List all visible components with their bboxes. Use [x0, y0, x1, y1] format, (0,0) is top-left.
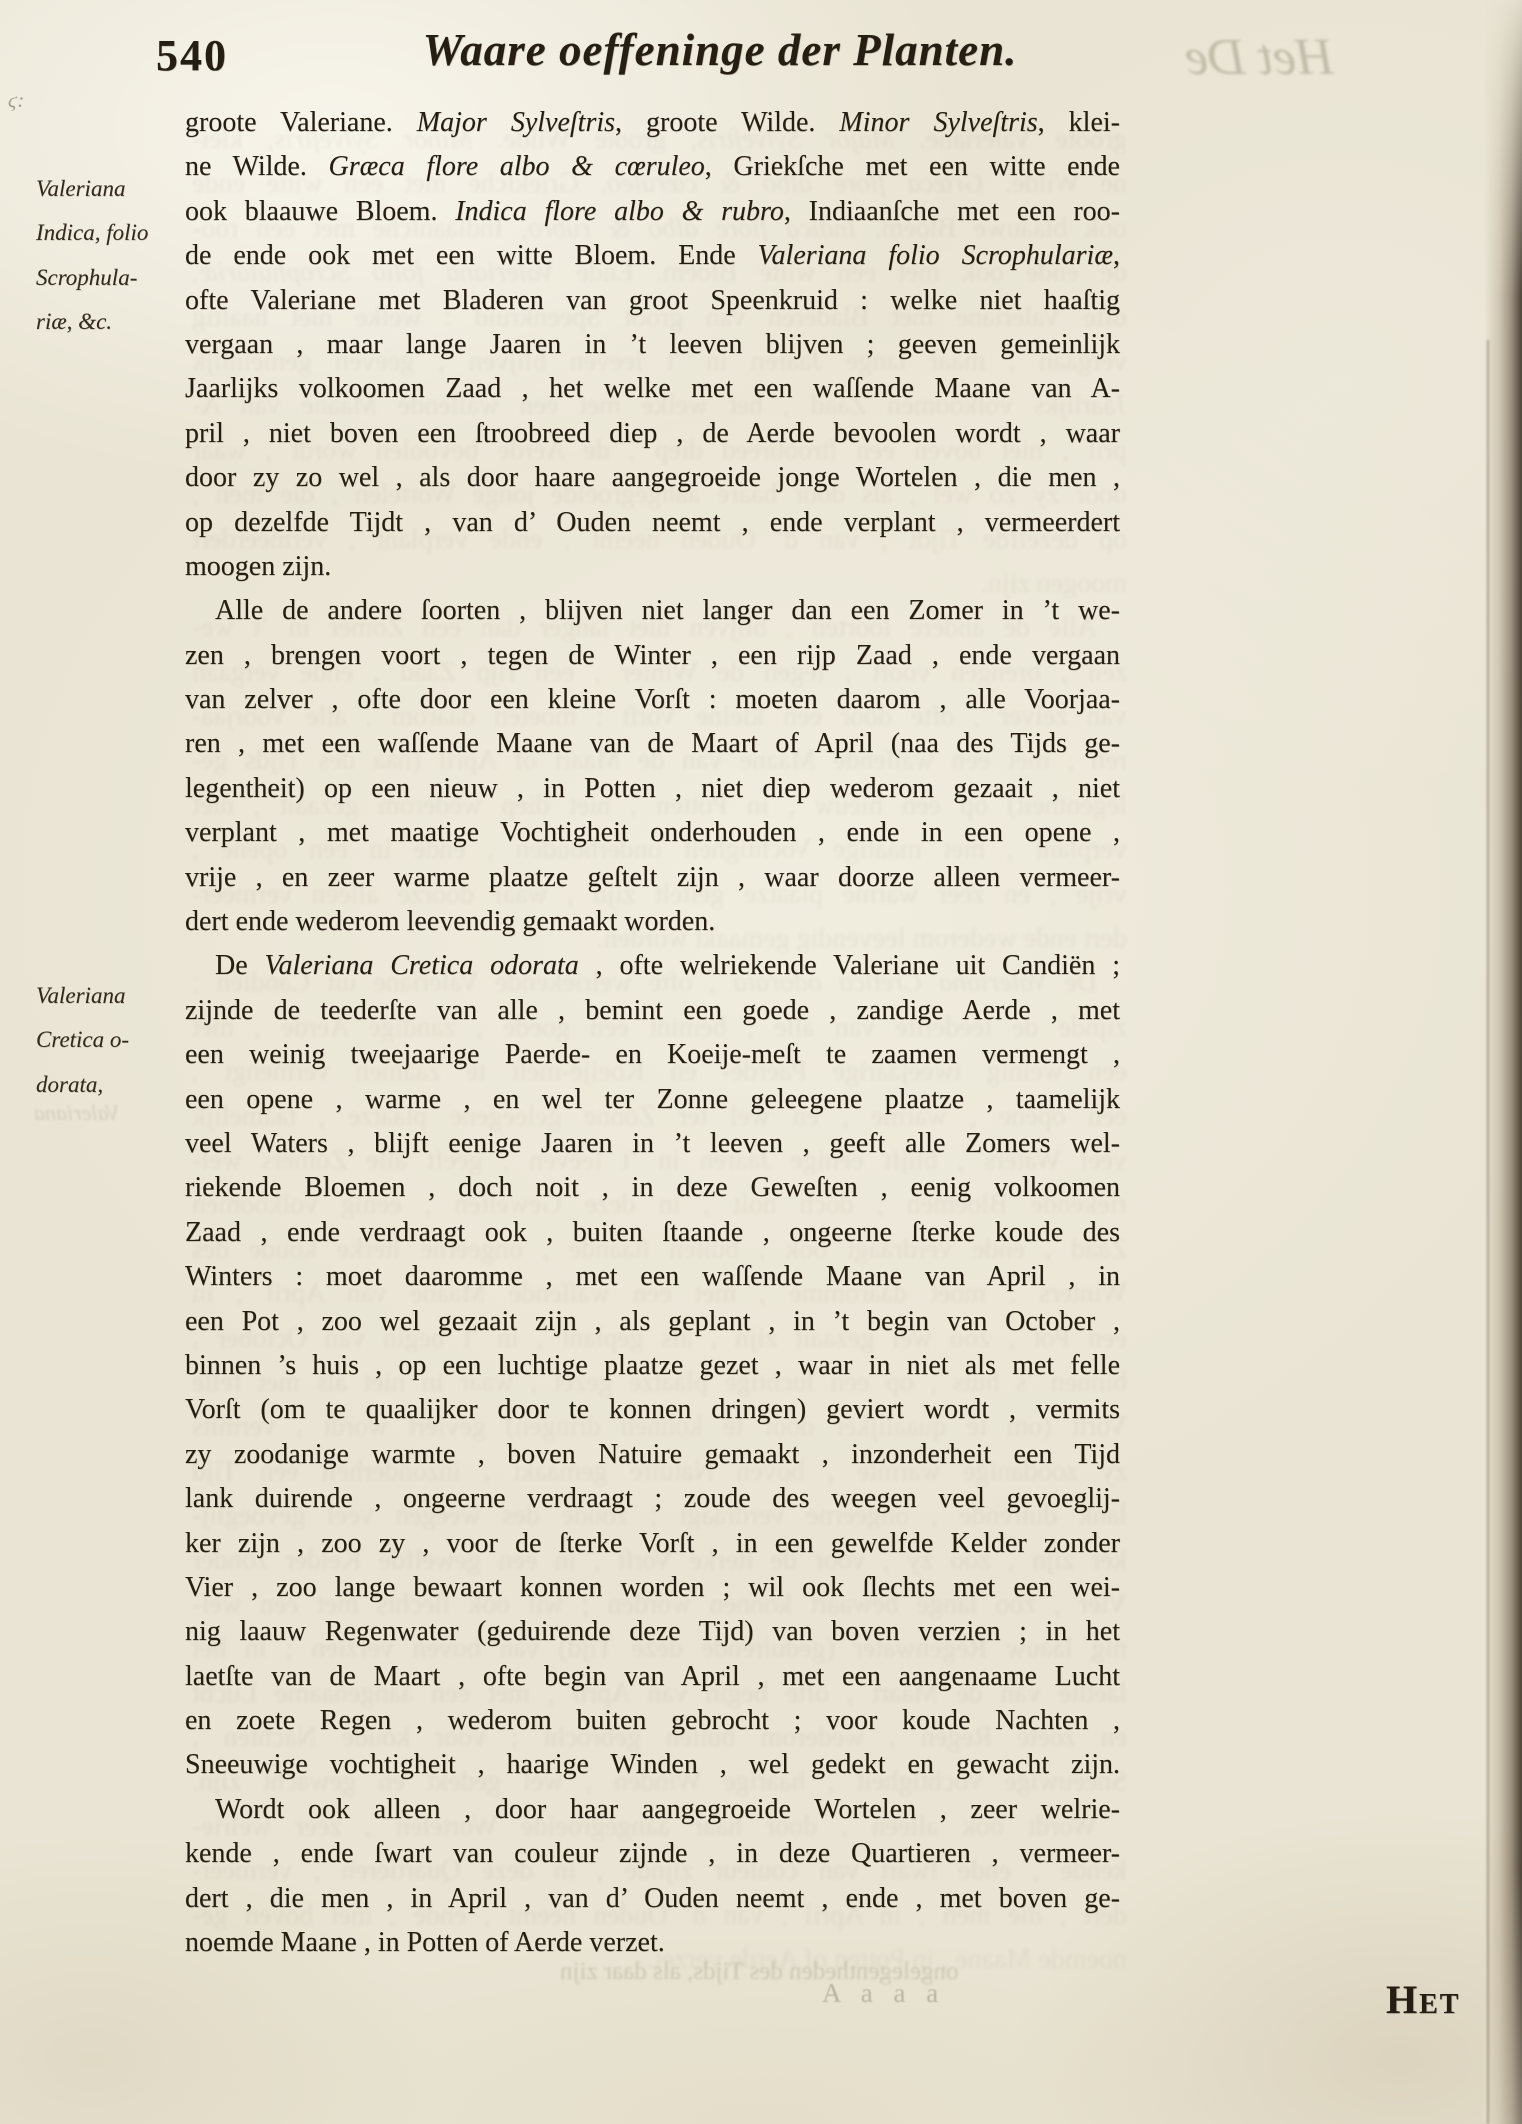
margin-note-line: Valeriana: [36, 167, 186, 211]
body-text-line: veel Waters , blijft eenige Jaaren in ’t…: [185, 1122, 1120, 1166]
body-text-segment: vergaan , maar lange Jaaren in ’t leeven…: [185, 329, 1120, 360]
body-text-line: kende , ende ſwart van couleur zijnde , …: [185, 1832, 1120, 1876]
body-text-line: De Valeriana Cretica odorata , ofte welr…: [185, 944, 1120, 988]
body-text-line: riekende Bloemen , doch noit , in deze G…: [185, 1166, 1120, 1210]
body-text-line: de ende ook met een witte Bloem. Ende Va…: [185, 234, 1120, 278]
body-text-segment: zen , brengen voort , tegen de Winter , …: [185, 640, 1120, 671]
body-text-line: ren , met een waſſende Maane van de Maar…: [185, 722, 1120, 766]
body-text-segment: ofte Valeriane met Bladeren van groot Sp…: [185, 285, 1120, 316]
body-text-line: legentheit) op een nieuw , in Potten , n…: [185, 767, 1120, 811]
body-text-line: noemde Maane , in Potten of Aerde verzet…: [185, 1921, 1120, 1965]
body-text-segment: lank duirende , ongeerne verdraagt ; zou…: [185, 1483, 1120, 1514]
body-text-segment: kende , ende ſwart van couleur zijnde , …: [185, 1838, 1120, 1869]
body-text-segment: noemde Maane , in Potten of Aerde verzet…: [185, 1927, 665, 1958]
body-text-line: zy zoodanige warmte , boven Natuire gema…: [185, 1433, 1120, 1477]
body-text-line: zen , brengen voort , tegen de Winter , …: [185, 634, 1120, 678]
body-text-segment: Zaad , ende verdraagt ook , buiten ſtaan…: [185, 1217, 1120, 1248]
page-number: 540: [156, 30, 228, 81]
body-text-line: van zelver , ofte door een kleine Vorſt …: [185, 678, 1120, 722]
body-text-segment: ,: [1113, 240, 1120, 271]
body-text-line: door zy zo wel , als door haare aangegro…: [185, 456, 1120, 500]
margin-note-line: Valeriana: [36, 974, 186, 1018]
body-text-line: ofte Valeriane met Bladeren van groot Sp…: [185, 279, 1120, 323]
margin-note-line: dorata,: [36, 1063, 186, 1107]
body-text-line: een Pot , zoo wel gezaait zijn , als gep…: [185, 1300, 1120, 1344]
body-text-segment: nig laauw Regenwater (geduirende deze Ti…: [185, 1616, 1120, 1647]
scanned-book-page: groote Valeriane. Major Sylveſtris, groo…: [0, 0, 1522, 2124]
body-text-segment: van zelver , ofte door een kleine Vorſt …: [185, 684, 1120, 715]
margin-note-line: riæ, &c.: [36, 300, 186, 344]
ghost-text-fragment: ϛ:: [8, 88, 24, 113]
body-text-line: Wordt ook alleen , door haar aangegroeid…: [185, 1788, 1120, 1832]
body-text-line: lank duirende , ongeerne verdraagt ; zou…: [185, 1477, 1120, 1521]
margin-note-line: Cretica o-: [36, 1018, 186, 1062]
body-text-segment: groote Valeriane.: [185, 107, 417, 138]
latin-name-italic: Major Sylveſtris: [417, 107, 615, 138]
body-text-segment: , groote Wilde.: [615, 107, 839, 138]
body-text-line: een weinig tweejaarige Paerde- en Koeije…: [185, 1033, 1120, 1077]
body-text-segment: dert , die men , in April , van d’ Ouden…: [185, 1883, 1120, 1914]
body-text-segment: Alle de andere ſoorten , blijven niet la…: [215, 595, 1120, 626]
body-text-line: verplant , met maatige Vochtigheit onder…: [185, 811, 1120, 855]
body-text-line: moogen zijn.: [185, 545, 1120, 589]
body-text-segment: Sneeuwige vochtigheit , haarige Winden ,…: [185, 1749, 1120, 1780]
body-text-line: Vorſt (om te quaalijker door te konnen d…: [185, 1388, 1120, 1432]
body-text-segment: Vier , zoo lange bewaart konnen worden ;…: [185, 1572, 1120, 1603]
margin-note-line: Indica, folio: [36, 211, 186, 255]
body-text-segment: een Pot , zoo wel gezaait zijn , als gep…: [185, 1306, 1120, 1337]
body-text-segment: , Griekſche met een witte ende: [705, 151, 1120, 182]
body-text-line: dert , die men , in April , van d’ Ouden…: [185, 1877, 1120, 1921]
body-text-line: Vier , zoo lange bewaart konnen worden ;…: [185, 1566, 1120, 1610]
body-text-line: en zoete Regen , wederom buiten gebrocht…: [185, 1699, 1120, 1743]
latin-name-italic: Indica flore albo & rubro: [455, 196, 784, 227]
body-text-line: Alle de andere ſoorten , blijven niet la…: [185, 589, 1120, 633]
body-text-line: pril , niet boven een ſtroobreed diep , …: [185, 412, 1120, 456]
body-text-segment: Winters : moet daaromme , met een waſſen…: [185, 1261, 1120, 1292]
page-edge-shadow: [1484, 0, 1522, 2124]
body-text-segment: een opene , warme , en wel ter Zonne gel…: [185, 1084, 1120, 1115]
body-text-segment: Vorſt (om te quaalijker door te konnen d…: [185, 1394, 1120, 1425]
body-text-line: op dezelfde Tijdt , van d’ Ouden neemt ,…: [185, 501, 1120, 545]
latin-name-italic: Græca flore albo & cœruleo: [328, 151, 704, 182]
margin-note-valeriana-indica: ValerianaIndica, folioScrophula-riæ, &c.: [36, 167, 186, 345]
body-text-line: vergaan , maar lange Jaaren in ’t leeven…: [185, 323, 1120, 367]
body-text-segment: door zy zo wel , als door haare aangegro…: [185, 462, 1120, 493]
signature-mark: A a a a: [822, 1978, 945, 2009]
ghost-text-fragment: Het De: [1185, 28, 1334, 87]
margin-note-line: Scrophula-: [36, 256, 186, 300]
body-text-line: groote Valeriane. Major Sylveſtris, groo…: [185, 101, 1120, 145]
latin-name-italic: Valeriana Cretica odorata: [265, 950, 579, 981]
body-text-line: vrije , en zeer warme plaatze geſtelt zi…: [185, 856, 1120, 900]
body-text-segment: ker zijn , zoo zy , voor de ſterke Vorſt…: [185, 1528, 1120, 1559]
body-text-segment: ook blaauwe Bloem.: [185, 196, 455, 227]
body-text-segment: riekende Bloemen , doch noit , in deze G…: [185, 1172, 1120, 1203]
body-text-segment: , klei-: [1038, 107, 1120, 138]
body-text-line: laetſte van de Maart , ofte begin van Ap…: [185, 1655, 1120, 1699]
body-text-line: Sneeuwige vochtigheit , haarige Winden ,…: [185, 1743, 1120, 1787]
body-text-segment: zijnde de teederſte van alle , bemint ee…: [185, 995, 1120, 1026]
body-text-line: ker zijn , zoo zy , voor de ſterke Vorſt…: [185, 1522, 1120, 1566]
body-text-line: een opene , warme , en wel ter Zonne gel…: [185, 1078, 1120, 1122]
body-text-segment: dert ende wederom leevendig gemaakt word…: [185, 906, 715, 937]
body-text-segment: pril , niet boven een ſtroobreed diep , …: [185, 418, 1120, 449]
margin-note-valeriana-cretica: ValerianaCretica o-dorata,: [36, 974, 186, 1107]
body-text-segment: Wordt ook alleen , door haar aangegroeid…: [215, 1794, 1120, 1825]
body-text-line: ook blaauwe Bloem. Indica flore albo & r…: [185, 190, 1120, 234]
running-header-title: Waare oeffeninge der Planten.: [270, 24, 1170, 76]
latin-name-italic: Valeriana folio Scrophulariæ: [758, 240, 1113, 271]
body-text-segment: de ende ook met een witte Bloem. Ende: [185, 240, 758, 271]
body-text-segment: veel Waters , blijft eenige Jaaren in ’t…: [185, 1128, 1120, 1159]
latin-name-italic: Minor Sylveſtris: [839, 107, 1037, 138]
body-text-segment: en zoete Regen , wederom buiten gebrocht…: [185, 1705, 1120, 1736]
body-text-segment: , ofte welriekende Valeriane uit Candiën…: [579, 950, 1120, 981]
body-text-segment: een weinig tweejaarige Paerde- en Koeije…: [185, 1039, 1120, 1070]
body-text-segment: ne Wilde.: [185, 151, 328, 182]
body-text-line: Winters : moet daaromme , met een waſſen…: [185, 1255, 1120, 1299]
catchword: Het: [1386, 1976, 1460, 2023]
body-text-segment: legentheit) op een nieuw , in Potten , n…: [185, 773, 1120, 804]
body-text-segment: moogen zijn.: [185, 551, 331, 582]
body-text: groote Valeriane. Major Sylveſtris, groo…: [185, 101, 1120, 1965]
body-text-line: binnen ’s huis , op een luchtige plaatze…: [185, 1344, 1120, 1388]
body-text-segment: verplant , met maatige Vochtigheit onder…: [185, 817, 1120, 848]
body-text-segment: ren , met een waſſende Maane van de Maar…: [185, 728, 1120, 759]
body-text-segment: binnen ’s huis , op een luchtige plaatze…: [185, 1350, 1120, 1381]
body-text-segment: zy zoodanige warmte , boven Natuire gema…: [185, 1439, 1120, 1470]
body-text-line: Jaarlijks volkoomen Zaad , het welke met…: [185, 367, 1120, 411]
body-text-line: nig laauw Regenwater (geduirende deze Ti…: [185, 1610, 1120, 1654]
body-text-line: zijnde de teederſte van alle , bemint ee…: [185, 989, 1120, 1033]
body-text-segment: op dezelfde Tijdt , van d’ Ouden neemt ,…: [185, 507, 1120, 538]
body-text-segment: De: [215, 950, 265, 981]
body-text-segment: Jaarlijks volkoomen Zaad , het welke met…: [185, 373, 1120, 404]
body-text-segment: , Indiaanſche met een roo-: [784, 196, 1120, 227]
body-text-segment: vrije , en zeer warme plaatze geſtelt zi…: [185, 862, 1120, 893]
body-text-line: dert ende wederom leevendig gemaakt word…: [185, 900, 1120, 944]
body-text-line: Zaad , ende verdraagt ook , buiten ſtaan…: [185, 1211, 1120, 1255]
body-text-segment: laetſte van de Maart , ofte begin van Ap…: [185, 1661, 1120, 1692]
body-text-line: ne Wilde. Græca flore albo & cœruleo, Gr…: [185, 145, 1120, 189]
